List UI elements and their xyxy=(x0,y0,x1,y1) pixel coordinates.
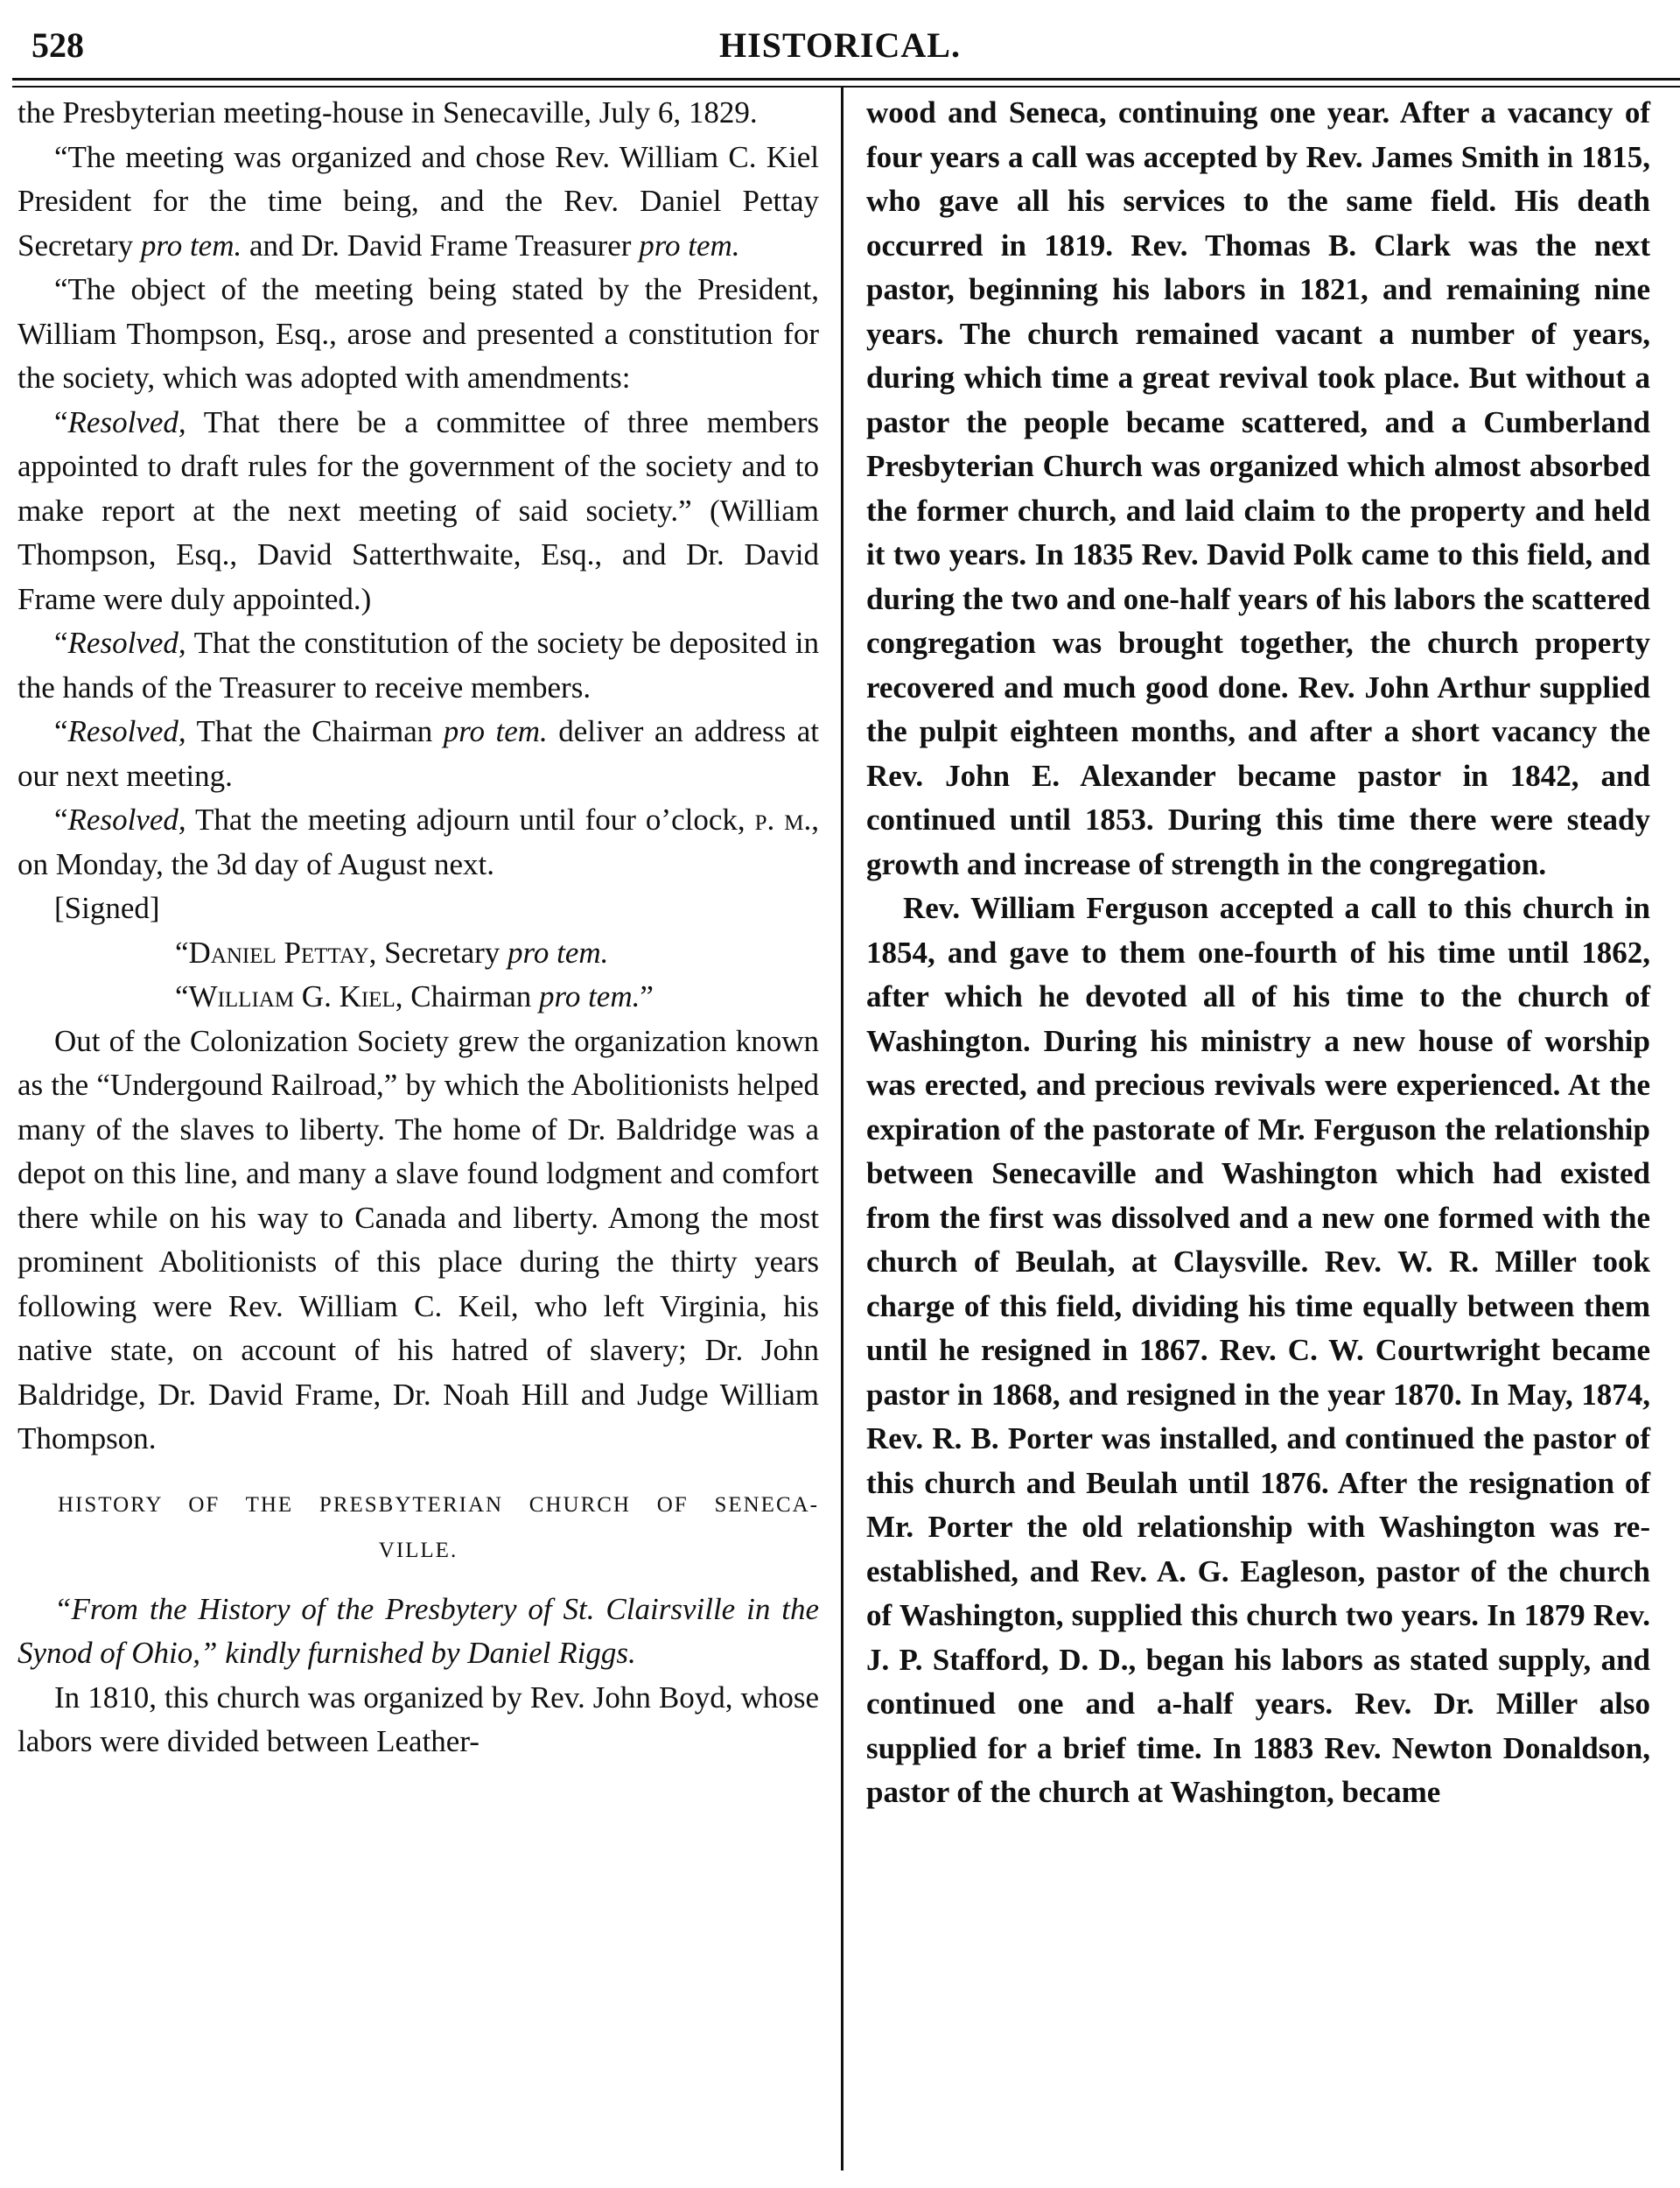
paragraph: “The meeting was organized and chose Rev… xyxy=(17,136,819,269)
paragraph: Out of the Colonization Society grew the… xyxy=(17,1020,819,1462)
header-rule-bottom xyxy=(12,86,1680,88)
resolution-paragraph: “Resolved, That the Chairman pro tem. de… xyxy=(17,710,819,798)
italic-text: pro tem. xyxy=(639,228,739,263)
signature-line: “Daniel Pettay, Secretary pro tem. xyxy=(17,931,819,976)
signatory-name: Daniel Pettay xyxy=(189,936,369,970)
page-header: 528 HISTORICAL. xyxy=(0,0,1680,77)
resolved-label: Resolved, xyxy=(68,405,186,439)
resolved-label: Resolved, xyxy=(68,626,186,660)
left-column: the Presbyterian meeting-house in Seneca… xyxy=(17,91,819,1764)
paragraph: the Presbyterian meeting-house in Seneca… xyxy=(17,91,819,136)
quote-mark: “ xyxy=(54,803,68,837)
quote-mark: “ xyxy=(54,714,68,748)
italic-text: pro tem. xyxy=(539,979,640,1013)
right-column: wood and Seneca, continuing one year. Af… xyxy=(866,91,1650,1815)
resolution-paragraph: “Resolved, That the constitution of the … xyxy=(17,621,819,710)
resolution-paragraph: “Resolved, That the meeting adjourn unti… xyxy=(17,798,819,887)
running-head: HISTORICAL. xyxy=(0,25,1680,66)
italic-text: pro tem. xyxy=(141,228,241,263)
quote-mark: “ xyxy=(175,936,189,970)
signatory-name: William G. Kiel xyxy=(189,979,395,1013)
section-heading-line: History of the Presbyterian Church of Se… xyxy=(17,1483,819,1528)
small-caps-text: p. m. xyxy=(755,803,812,837)
quote-mark: “ xyxy=(54,626,68,660)
text: That the meeting adjourn until four o’cl… xyxy=(186,803,755,837)
text: and Dr. David Frame Treasurer xyxy=(241,228,639,263)
italic-text: pro tem. xyxy=(507,936,608,970)
resolved-label: Resolved, xyxy=(68,803,186,837)
quote-mark: “ xyxy=(54,405,68,439)
column-divider xyxy=(841,88,843,2170)
signatory-role: , Chairman xyxy=(395,979,539,1013)
resolution-paragraph: “Resolved, That there be a committee of … xyxy=(17,401,819,622)
signatory-role: , Secretary xyxy=(369,936,507,970)
quote-mark: ” xyxy=(640,979,654,1013)
resolved-label: Resolved, xyxy=(68,714,186,748)
italic-text: pro tem. xyxy=(444,714,548,748)
text: That the Chairman xyxy=(186,714,444,748)
quote-mark: “ xyxy=(175,979,189,1013)
header-rule-top xyxy=(12,78,1680,81)
paragraph: “The object of the meeting being stated … xyxy=(17,268,819,401)
paragraph: wood and Seneca, continuing one year. Af… xyxy=(866,91,1650,887)
section-heading: History of the Presbyterian Church of Se… xyxy=(17,1483,819,1574)
source-note: “From the History of the Presbytery of S… xyxy=(17,1588,819,1676)
paragraph: Rev. William Ferguson accepted a call to… xyxy=(866,887,1650,1815)
signature-line: “William G. Kiel, Chairman pro tem.” xyxy=(17,975,819,1020)
paragraph: In 1810, this church was organized by Re… xyxy=(17,1676,819,1764)
signed-label: [Signed] xyxy=(17,887,819,931)
section-heading-line: ville. xyxy=(17,1528,819,1574)
